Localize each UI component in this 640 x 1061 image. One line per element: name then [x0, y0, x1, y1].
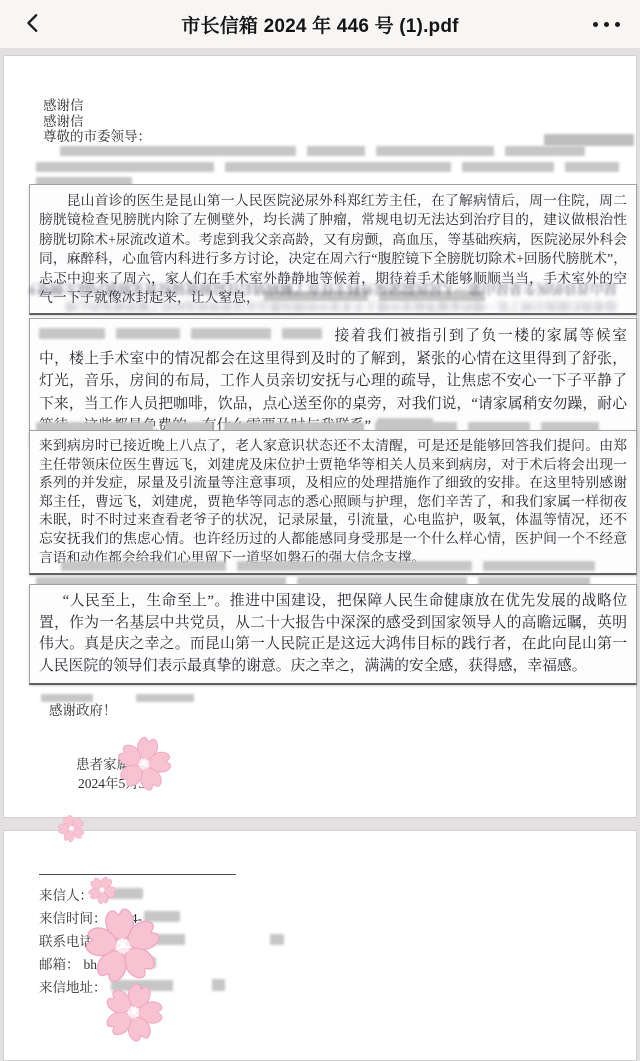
- redacted-text-block: [61, 561, 226, 571]
- redacted-text-block: [282, 328, 322, 339]
- app-header: 市长信箱 2024 年 446 号 (1).pdf: [0, 0, 640, 48]
- field-label: 来信时间：: [39, 911, 107, 926]
- box4-text: “人民至上，生命至上”。推进中国建设，把保障人民生命健康放在优先发展的战略位置，…: [39, 593, 627, 674]
- screenshot-box-4: “人民至上，生命至上”。推进中国建设，把保障人民生命健康放在优先发展的战略位置，…: [29, 584, 637, 685]
- contact-row-email: 邮箱：bhc_: [39, 953, 167, 973]
- redacted-text-block: [225, 162, 451, 172]
- redacted-text-block: [111, 934, 185, 945]
- redacted-text-block: [36, 162, 214, 172]
- contact-row-sender: 来信人：: [39, 884, 154, 904]
- pdf-page-1: 感谢信 感谢信 尊敬的市委领导： 昆山首诊的医生是昆山第一人民医院泌尿外科郑红芳…: [3, 55, 637, 818]
- thanks-line: 感谢政府！: [49, 699, 117, 719]
- screenshot-box-3: 来到病房时已接近晚上八点了，老人家意识状态还不太清醒，可是还是能够回答我们提问。…: [29, 430, 637, 575]
- redacted-text-block: [191, 328, 271, 339]
- redacted-text-block: [97, 888, 143, 899]
- redacted-text-block: [237, 561, 472, 571]
- signature-label: 患者家属：: [76, 753, 144, 773]
- contact-row-address: 来信地址：: [39, 976, 236, 996]
- redacted-text-block: [505, 146, 585, 156]
- redacted-text-block: [376, 146, 494, 156]
- flipped-text-artifact: 接着我们被指引到了负一楼的家属等候室中楼上手术室中的情况都会在这里得到及时的了解…: [29, 301, 617, 315]
- document-title: 市长信箱 2024 年 446 号 (1).pdf: [181, 11, 458, 38]
- redacted-text-block: [144, 911, 180, 922]
- redacted-text-block: [270, 934, 284, 945]
- redacted-text-block: [111, 980, 173, 991]
- redacted-text-block: [483, 561, 595, 571]
- pdf-page-2: 来信人： 来信时间：2024- 联系电话： 邮箱：bhc_ 来信地址：: [3, 830, 637, 1061]
- flipped-text-artifact: 昆山首诊的医生是昆山第一人民医院泌尿外科主任在了解病情后住院膀胱镜检查见膀胱内除…: [29, 283, 617, 300]
- field-label: 邮箱：: [39, 957, 80, 972]
- more-options-button[interactable]: [586, 10, 626, 38]
- redacted-text-block: [212, 979, 225, 991]
- redacted-text-block: [565, 162, 619, 172]
- ellipsis-icon: [593, 22, 620, 27]
- box3-text: 来到病房时已接近晚上八点了，老人家意识状态还不太清醒，可是还是能够回答我们提问。…: [39, 438, 627, 565]
- back-button[interactable]: [16, 8, 50, 40]
- field-value: bhc_: [84, 957, 110, 972]
- redacted-text-block: [116, 328, 180, 339]
- contact-row-date: 来信时间：2024-: [39, 907, 191, 927]
- redacted-text-block: [136, 694, 194, 702]
- redacted-text-block: [112, 957, 156, 968]
- redacted-text-block: [39, 328, 105, 339]
- contact-row-phone: 联系电话：: [39, 930, 295, 950]
- chevron-left-icon: [22, 12, 44, 37]
- redacted-text-block: [60, 146, 296, 156]
- signature-date: 2024年5月3: [78, 772, 146, 792]
- letter-salutation: 尊敬的市委领导：: [43, 125, 151, 145]
- redacted-text-block: [307, 146, 365, 156]
- redacted-text-block: [462, 162, 554, 172]
- field-label: 联系电话：: [39, 934, 107, 949]
- box2-text: 接着我们被指引到了负一楼的家属等候室中，楼上手术室中的情况都会在这里得到及时的了…: [39, 328, 627, 434]
- field-label: 来信人：: [39, 888, 93, 903]
- divider-line: [39, 874, 236, 875]
- field-value: 2024-: [111, 911, 143, 926]
- field-label: 来信地址：: [39, 980, 107, 995]
- pdf-viewer[interactable]: 感谢信 感谢信 尊敬的市委领导： 昆山首诊的医生是昆山第一人民医院泌尿外科郑红芳…: [0, 48, 640, 1061]
